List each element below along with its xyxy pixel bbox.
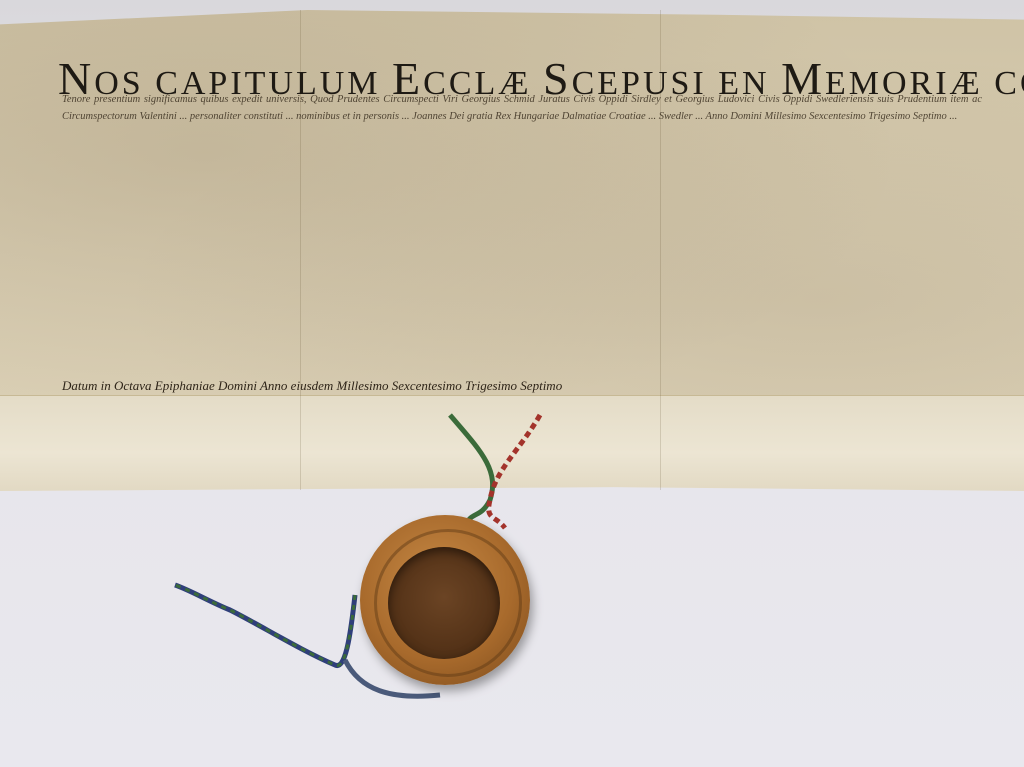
wax-seal-icon: [388, 547, 500, 659]
seal-capsule: [360, 515, 530, 685]
charter-body-text: Tenore presentium significamus quibus ex…: [62, 92, 982, 382]
charter-dating-clause: Datum in Octava Epiphaniae Domini Anno e…: [62, 378, 762, 394]
